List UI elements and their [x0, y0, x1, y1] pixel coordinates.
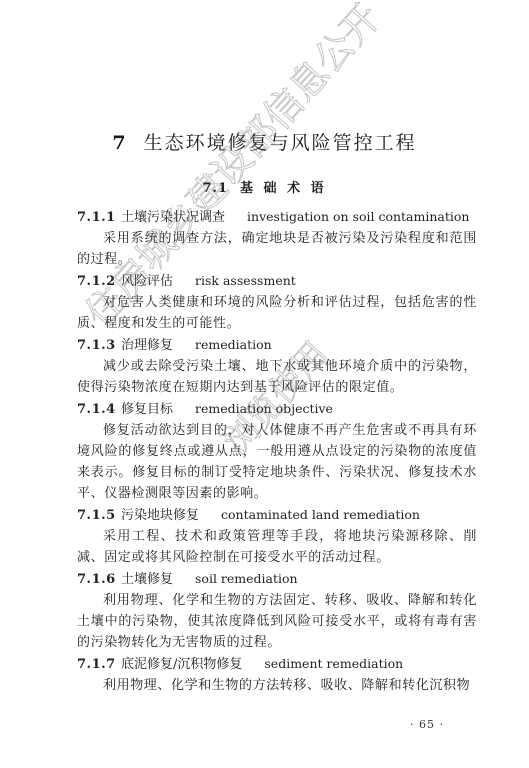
- term-heading: 7.1.7底泥修复/沉积物修复sediment remediation: [77, 653, 477, 675]
- term-zh: 修复目标: [121, 402, 173, 417]
- term-number: 7.1.3: [77, 335, 121, 356]
- term-heading: 7.1.2风险评估risk assessment: [77, 270, 477, 292]
- term-heading: 7.1.4修复目标remediation objective: [77, 398, 477, 420]
- term-number: 7.1.4: [77, 399, 121, 420]
- term-en: sediment remediation: [264, 656, 403, 671]
- term-en: remediation objective: [195, 401, 333, 416]
- term-heading: 7.1.1土壤污染状况调查investigation on soil conta…: [77, 206, 477, 228]
- term-number: 7.1.1: [77, 207, 121, 228]
- chapter-title-text: 生态环境修复与风险管控工程: [144, 132, 417, 154]
- section-title-text: 基 础 术 语: [240, 181, 327, 196]
- term-number: 7.1.2: [77, 271, 121, 292]
- term-zh: 底泥修复/沉积物修复: [121, 657, 242, 672]
- chapter-title: 7生态环境修复与风险管控工程: [0, 128, 529, 155]
- document-page: 7生态环境修复与风险管控工程 7.1基 础 术 语 7.1.1土壤污染状况调查i…: [0, 0, 529, 768]
- term-definition: 利用物理、化学和生物的方法转移、吸收、降解和转化沉积物: [77, 675, 477, 696]
- term-zh: 土壤修复: [121, 572, 173, 587]
- term-zh: 风险评估: [121, 274, 173, 289]
- term-zh: 污染地块修复: [121, 508, 199, 523]
- chapter-number: 7: [112, 132, 127, 154]
- term-heading: 7.1.5污染地块修复contaminated land remediation: [77, 504, 477, 526]
- term-number: 7.1.7: [77, 654, 121, 675]
- term-definition: 修复活动欲达到目的，对人体健康不再产生危害或不再具有环境风险的修复终点或遵从点，…: [77, 420, 477, 504]
- term-zh: 治理修复: [121, 338, 173, 353]
- term-number: 7.1.6: [77, 569, 121, 590]
- page-number: · 65 ·: [410, 718, 444, 731]
- term-en: risk assessment: [195, 273, 296, 288]
- term-definition: 利用物理、化学和生物的方法固定、转移、吸收、降解和转化土壤中的污染物，使其浓度降…: [77, 590, 477, 653]
- terms-body: 7.1.1土壤污染状况调查investigation on soil conta…: [77, 206, 477, 696]
- term-definition: 采用系统的调查方法，确定地块是否被污染及污染程度和范围的过程。: [77, 228, 477, 270]
- term-number: 7.1.5: [77, 505, 121, 526]
- term-heading: 7.1.6土壤修复soil remediation: [77, 568, 477, 590]
- section-number: 7.1: [202, 181, 228, 196]
- term-zh: 土壤污染状况调查: [121, 210, 225, 225]
- term-heading: 7.1.3治理修复remediation: [77, 334, 477, 356]
- section-title: 7.1基 础 术 语: [0, 177, 529, 196]
- term-definition: 减少或去除受污染土壤、地下水或其他环境介质中的污染物，使得污染物浓度在短期内达到…: [77, 356, 477, 398]
- term-en: remediation: [195, 337, 272, 352]
- term-en: soil remediation: [195, 571, 298, 586]
- term-definition: 采用工程、技术和政策管理等手段，将地块污染源移除、削减、固定或将其风险控制在可接…: [77, 526, 477, 568]
- term-en: contaminated land remediation: [221, 507, 420, 522]
- term-en: investigation on soil contamination: [247, 209, 469, 224]
- term-definition: 对危害人类健康和环境的风险分析和评估过程，包括危害的性质、程度和发生的可能性。: [77, 292, 477, 334]
